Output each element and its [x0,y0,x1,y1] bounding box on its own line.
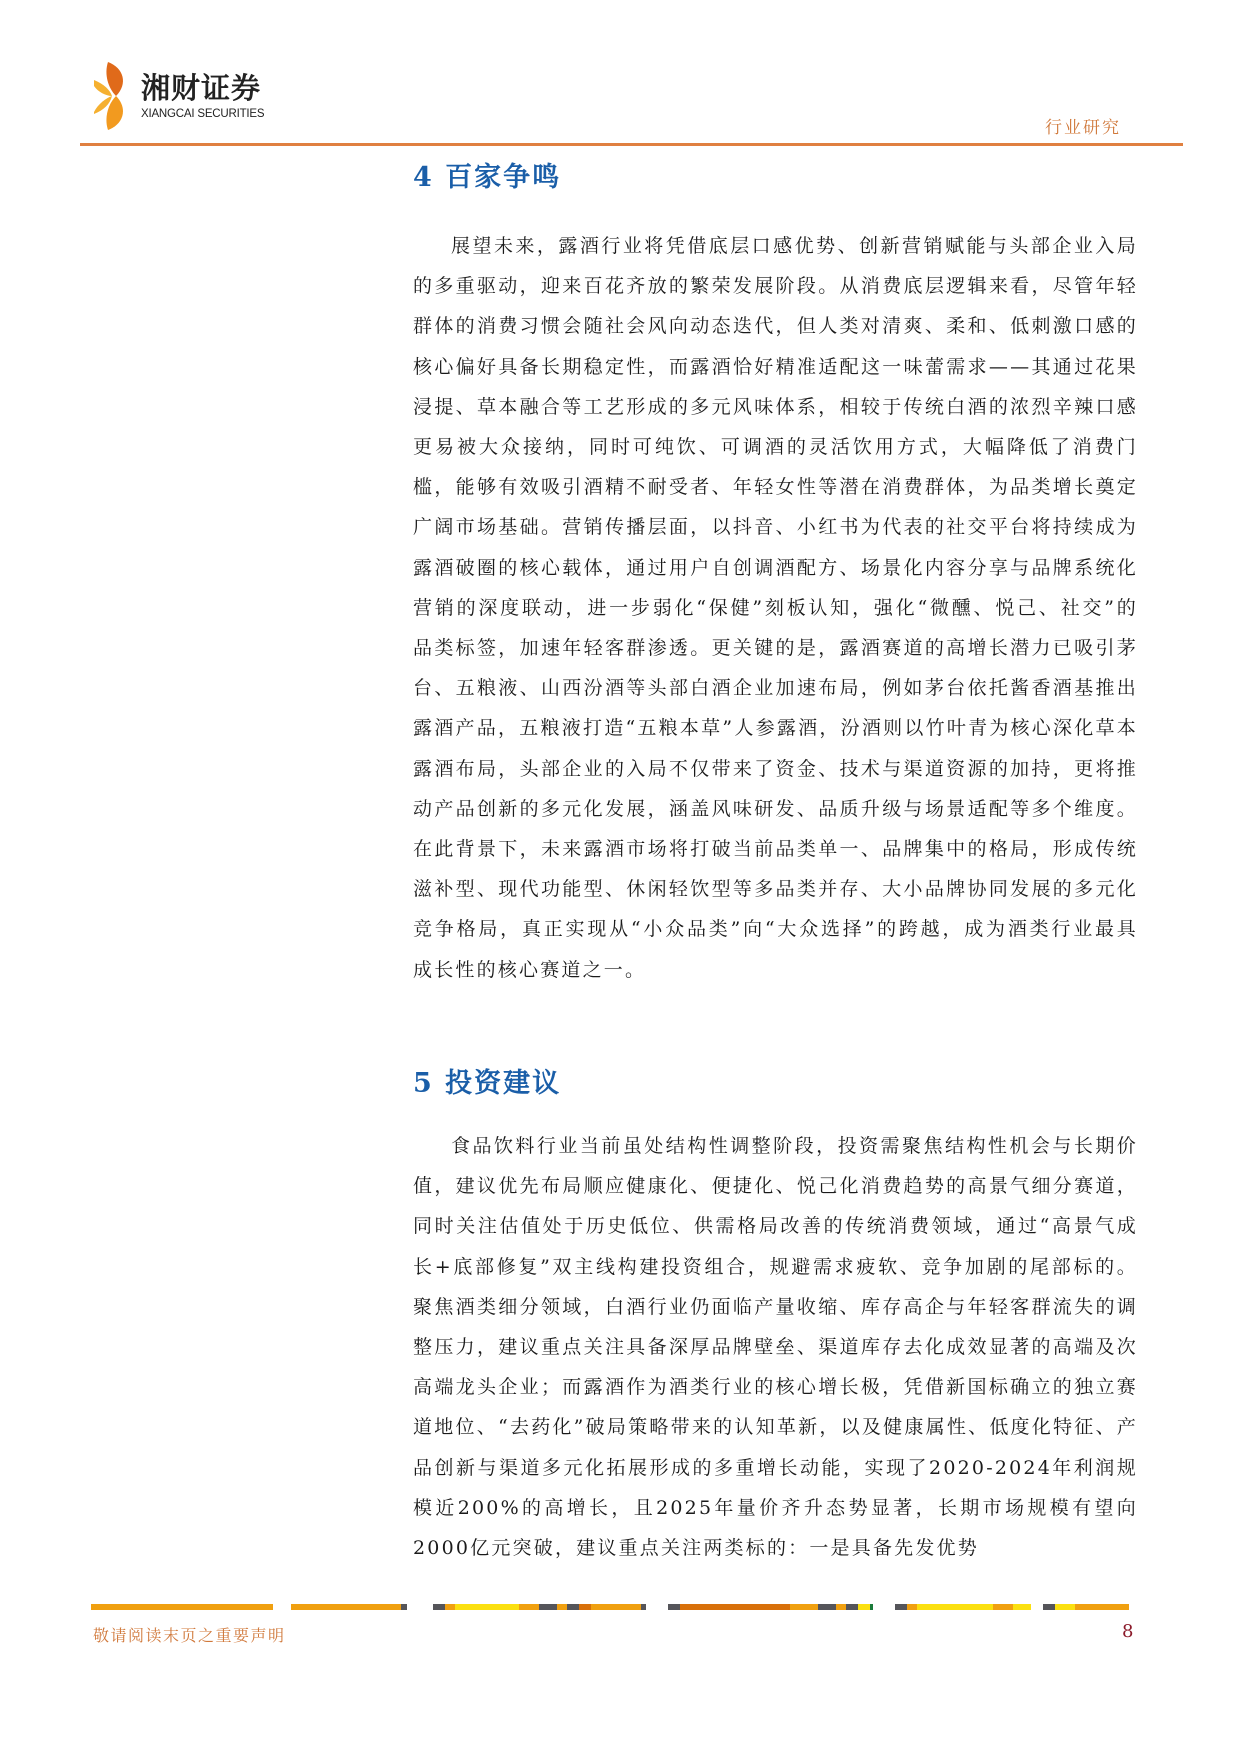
report-category: 行业研究 [1045,113,1121,138]
section-title-5: 5 投资建议 [413,1064,561,1104]
header-divider [80,143,1183,146]
logo-english-name: XIANGCAI SECURITIES [141,108,264,120]
company-logo: 湘财证券 XIANGCAI SECURITIES [94,62,274,132]
page-header: 湘财证券 XIANGCAI SECURITIES 行业研究 [0,0,1241,150]
section-title-4: 4 百家争鸣 [413,158,561,198]
footer-disclaimer: 敬请阅读末页之重要声明 [93,1623,286,1646]
section-paragraph-5: 食品饮料行业当前虽处结构性调整阶段，投资需聚焦结构性机会与长期价值，建议优先布局… [413,1126,1138,1568]
logo-chinese-name: 湘财证券 [141,72,261,104]
section-paragraph-4: 展望未来，露酒行业将凭借底层口感优势、创新营销赋能与头部企业入局的多重驱动，迎来… [413,226,1138,990]
xiangcai-logo-icon [94,62,134,130]
footer-decorative-stripe [91,1604,1151,1610]
page-number: 8 [1122,1621,1133,1642]
